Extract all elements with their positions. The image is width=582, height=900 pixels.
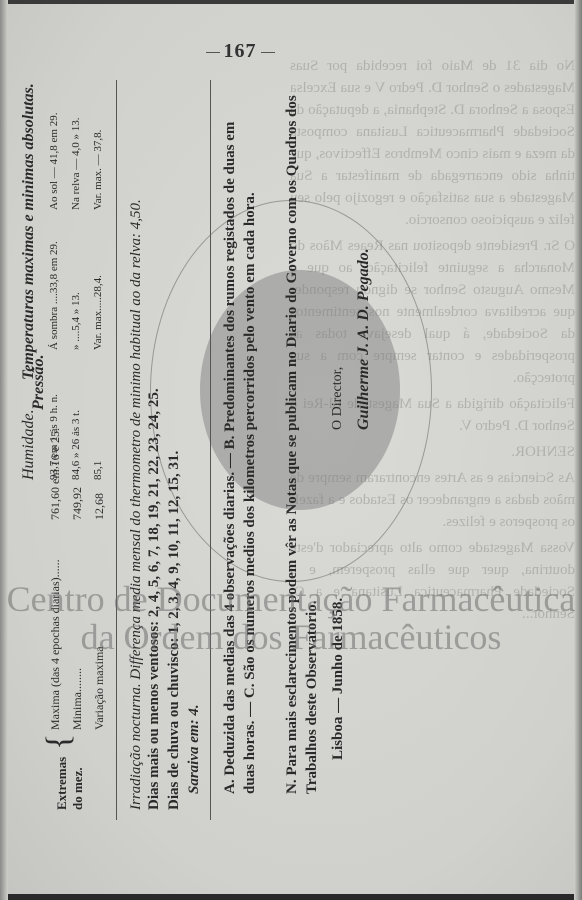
divider	[116, 80, 117, 820]
temperature-grass-min: Na relva — 4,0 » 13.	[70, 117, 82, 210]
place-date: Lisboa — Junho de 1858.	[330, 598, 347, 760]
temperature-sun-max: Ao sol — 41,8 em 29.	[48, 113, 60, 210]
signature-name: Guilherme J. A. D. Pegado.	[355, 248, 373, 430]
temperature-shade-max: Á sombra ....33,8 em 29.	[48, 241, 60, 350]
humidity-row3: 85,1	[92, 461, 104, 480]
scan-border-top	[0, 0, 582, 4]
scan-border-bottom	[0, 894, 582, 900]
variation-value: 12,68	[92, 493, 107, 520]
scanned-page: No dia 31 de Maio foi recebida por Suas …	[0, 0, 582, 900]
rainy-days: Dias de chuva ou chuvisco: 1, 2, 3, 4, 9…	[166, 451, 183, 810]
footnote-n: N. Para mais esclarecimentos podem vêr a…	[282, 94, 322, 794]
rotated-content: Pressão. Extremas do mez. { Maxima (das …	[30, 50, 470, 850]
irradiation-note: Irradiação nocturna. Differença media me…	[126, 90, 146, 810]
scan-border-right	[574, 0, 582, 900]
windy-days: Dias mais ou menos ventosos: 2, 4, 5, 6,…	[146, 388, 163, 810]
signature-title: O Director,	[330, 367, 346, 430]
footnote-a: A. Deduzida das medias das 4 observações…	[220, 94, 260, 794]
temperature-sun-var: Var. max. — 37,8.	[92, 130, 104, 210]
temperature-heading: Temperaturas maximas e minimas absolutas…	[20, 83, 38, 380]
humidity-row1: 93,7 em 1 ás 9 h. n.	[48, 394, 60, 480]
temperature-shade-var: Var. max.....28,4.	[92, 275, 104, 350]
minima-value: 749,92	[70, 487, 85, 520]
scan-border-left	[0, 0, 8, 900]
temperature-shade-min: » ....5,4 » 13.	[70, 292, 82, 350]
divider	[210, 80, 211, 820]
irradiation-text: Irradiação nocturna. Differença media me…	[128, 199, 144, 810]
humidity-heading: Humidade.	[20, 409, 38, 480]
humidity-row2: 84,6 » 26 ás 3 t.	[70, 410, 82, 480]
variation-label: Variação maxima	[92, 646, 107, 730]
hail-days: Saraiva em: 4.	[186, 704, 203, 794]
extremes-label: Extremas do mez.	[54, 750, 86, 810]
maxima-label: Maxima (das 4 epochas diarias)......	[48, 559, 63, 730]
minima-label: Minima........	[70, 668, 85, 730]
brace-icon: {	[40, 734, 78, 750]
